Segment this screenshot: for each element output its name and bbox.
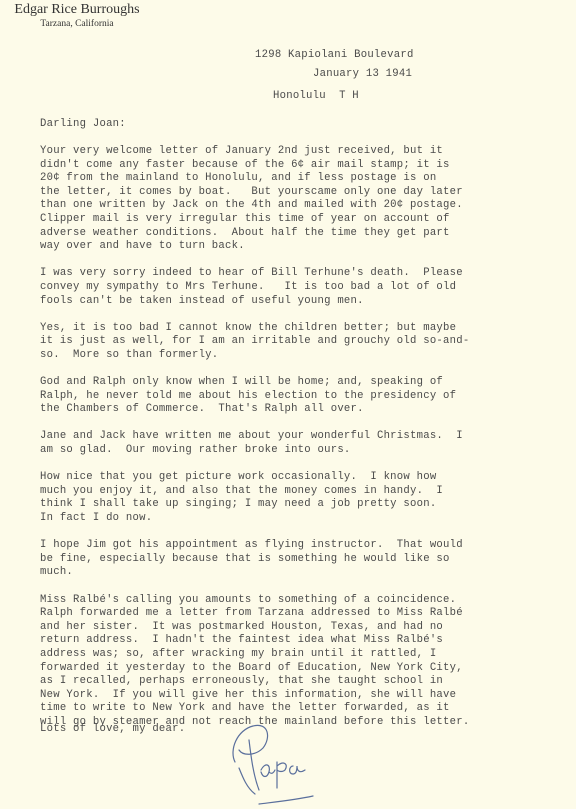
signature	[225, 722, 315, 807]
paragraph: God and Ralph only know when I will be h…	[40, 376, 570, 417]
text-line: and her sister. It was postmarked Housto…	[40, 621, 570, 635]
text-line: Jane and Jack have written me about your…	[40, 430, 570, 444]
letter-date: January 13 1941	[313, 68, 412, 82]
text-line: as I recalled, perhaps erroneously, that…	[40, 675, 570, 689]
paragraph: How nice that you get picture work occas…	[40, 471, 570, 525]
text-line: 20¢ from the mainland to Honolulu, and i…	[40, 172, 570, 186]
text-line: convey my sympathy to Mrs Terhune. It is…	[40, 281, 570, 295]
letter-body: Your very welcome letter of January 2nd …	[40, 145, 570, 743]
text-line: time to write to New York and have the l…	[40, 702, 570, 716]
closing: Lots of love, my dear.	[40, 723, 185, 737]
letterhead-place: Tarzana, California	[4, 18, 150, 30]
text-line: fools can't be taken instead of useful y…	[40, 295, 570, 309]
text-line: Ralph forwarded me a letter from Tarzana…	[40, 607, 570, 621]
address-line-2: Honolulu T H	[255, 90, 414, 104]
text-line: much.	[40, 566, 570, 580]
paragraph: Yes, it is too bad I cannot know the chi…	[40, 322, 570, 363]
paragraph: Jane and Jack have written me about your…	[40, 430, 570, 457]
text-line: the Chambers of Commerce. That's Ralph a…	[40, 403, 570, 417]
text-line: be fine, especially because that is some…	[40, 553, 570, 567]
paragraph: Your very welcome letter of January 2nd …	[40, 145, 570, 254]
text-line: so. More so than formerly.	[40, 349, 570, 363]
text-line: am so glad. Our moving rather broke into…	[40, 444, 570, 458]
letterhead: Edgar Rice Burroughs Tarzana, California	[4, 2, 150, 30]
text-line: way over and have to turn back.	[40, 240, 570, 254]
text-line: Miss Ralbé's calling you amounts to some…	[40, 594, 570, 608]
salutation: Darling Joan:	[40, 118, 126, 132]
text-line: How nice that you get picture work occas…	[40, 471, 570, 485]
text-line: address was; so, after wracking my brain…	[40, 648, 570, 662]
text-line: think I shall take up singing; I may nee…	[40, 498, 570, 512]
address-line-1: 1298 Kapiolani Boulevard	[255, 49, 414, 63]
text-line: adverse weather conditions. About half t…	[40, 227, 570, 241]
text-line: Ralph, he never told me about his electi…	[40, 390, 570, 404]
text-line: Yes, it is too bad I cannot know the chi…	[40, 322, 570, 336]
text-line: than one written by Jack on the 4th and …	[40, 199, 570, 213]
text-line: In fact I do now.	[40, 512, 570, 526]
text-line: return address. I hadn't the faintest id…	[40, 634, 570, 648]
text-line: it is just as well, for I am an irritabl…	[40, 335, 570, 349]
text-line: I was very sorry indeed to hear of Bill …	[40, 267, 570, 281]
text-line: New York. If you will give her this info…	[40, 689, 570, 703]
text-line: Your very welcome letter of January 2nd …	[40, 145, 570, 159]
text-line: the letter, it comes by boat. But yoursc…	[40, 186, 570, 200]
paragraph: Miss Ralbé's calling you amounts to some…	[40, 594, 570, 730]
text-line: I hope Jim got his appointment as flying…	[40, 539, 570, 553]
text-line: much you enjoy it, and also that the mon…	[40, 485, 570, 499]
text-line: God and Ralph only know when I will be h…	[40, 376, 570, 390]
letterhead-name: Edgar Rice Burroughs	[4, 2, 150, 18]
paragraph: I was very sorry indeed to hear of Bill …	[40, 267, 570, 308]
text-line: forwarded it yesterday to the Board of E…	[40, 662, 570, 676]
paragraph: I hope Jim got his appointment as flying…	[40, 539, 570, 580]
text-line: didn't come any faster because of the 6¢…	[40, 159, 570, 173]
signature-papa-icon	[225, 722, 315, 807]
text-line: Clipper mail is very irregular this time…	[40, 213, 570, 227]
